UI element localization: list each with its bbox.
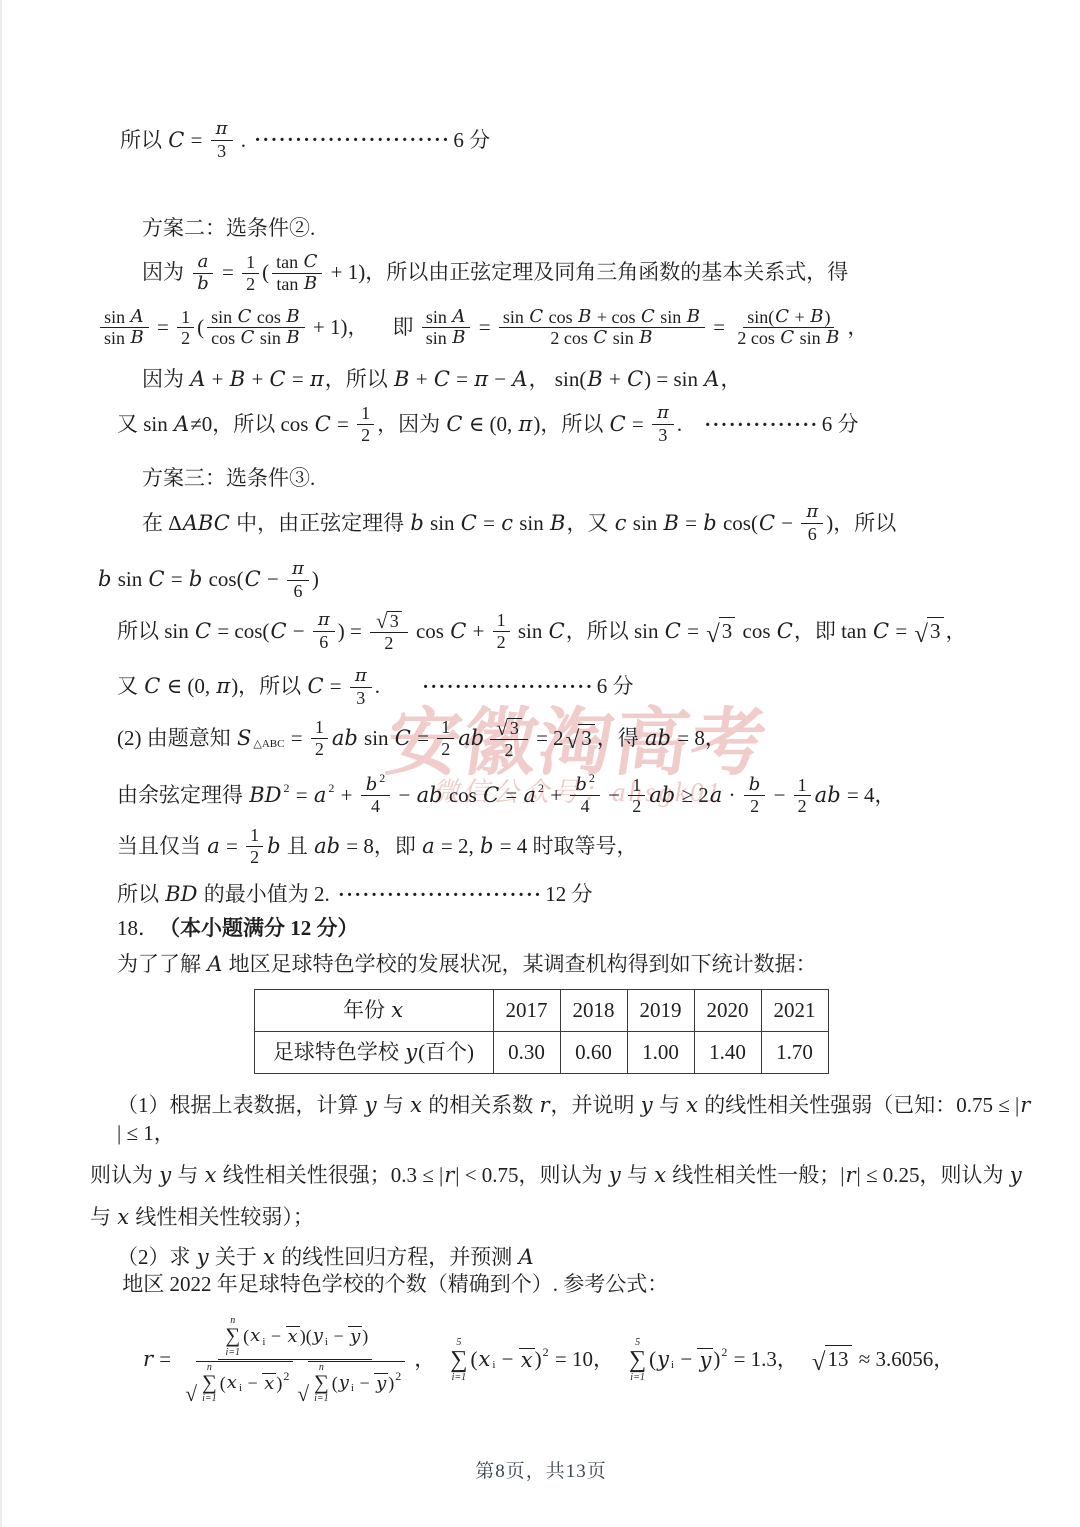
text: ( xyxy=(262,259,269,287)
math-variable: x xyxy=(520,1350,534,1371)
math-variable: C xyxy=(774,308,790,327)
math-variable: b xyxy=(748,776,762,795)
text: = 8，即 xyxy=(341,833,421,861)
math-variable: C xyxy=(237,308,253,327)
math-variable: C xyxy=(143,673,161,701)
math-variable: b xyxy=(702,510,717,538)
radicand: 3 xyxy=(387,611,402,631)
fraction-numerator: π xyxy=(652,403,674,425)
text: (2) 由题意知 xyxy=(117,725,236,753)
text: 的线性回归方程，并预测 xyxy=(276,1244,518,1272)
math-variable: C xyxy=(244,566,262,594)
text: = xyxy=(682,618,704,646)
overline-bar: x xyxy=(262,1373,276,1393)
math-variable: ABC xyxy=(182,510,231,538)
table-cell-content: 2021 xyxy=(772,997,818,1025)
text: 2 xyxy=(441,740,450,759)
text: = xyxy=(291,782,313,810)
text: sin xyxy=(112,566,147,594)
text: sin xyxy=(608,329,638,348)
text: ) xyxy=(713,1346,720,1374)
math-variable: x xyxy=(409,1092,423,1120)
spacer xyxy=(614,1359,626,1360)
fraction-denominator: cos C sin B xyxy=(207,328,305,349)
math-variable: C xyxy=(872,618,890,646)
text: 1.70 xyxy=(776,1039,813,1067)
text: （2）求 xyxy=(117,1244,196,1272)
math-variable: C xyxy=(548,618,566,646)
fraction-denominator: 6 xyxy=(289,581,306,602)
math-variable: C xyxy=(394,725,412,753)
text: ， xyxy=(946,618,967,646)
math-variable: A xyxy=(517,1244,534,1272)
math-variable: a xyxy=(709,782,724,810)
line-plan2-derivation: sin Asin B = 12(sin C cos Bcos C sin B +… xyxy=(97,306,1034,351)
table-cell-content: 0.30 xyxy=(504,1039,550,1067)
text: 0.60 xyxy=(575,1039,612,1067)
table-cell: 0.60 xyxy=(560,1032,627,1074)
text: + xyxy=(790,308,809,327)
superscript: 2 xyxy=(327,781,335,797)
text: = xyxy=(325,673,347,701)
text: = xyxy=(451,366,473,394)
fraction-denominator: 2 xyxy=(357,425,374,446)
text: 2 xyxy=(361,426,370,445)
text: sin xyxy=(656,308,686,327)
math-variable: A xyxy=(451,308,466,327)
text: 线性相关性一般；| xyxy=(667,1162,844,1190)
text: − xyxy=(776,510,798,538)
text: − xyxy=(393,782,415,810)
fraction-denominator: 3 xyxy=(213,141,230,162)
text: )( xyxy=(300,1327,312,1346)
text: 当且仅当 xyxy=(117,833,206,861)
fraction: b24 xyxy=(361,775,391,818)
math-variable: A xyxy=(189,366,206,394)
fraction-numerator: π xyxy=(313,610,335,632)
math-variable: π xyxy=(805,503,819,522)
text: 1 xyxy=(181,308,190,327)
spacer xyxy=(687,424,701,425)
superscript: 2 xyxy=(588,772,596,785)
line-q18-intro: 为了了解 A 地区足球特色学校的发展状况，某调查机构得到如下统计数据： xyxy=(117,951,1034,979)
math-variable: ab xyxy=(331,725,359,753)
math-variable: C xyxy=(626,366,644,394)
math-variable: x xyxy=(116,1204,130,1232)
math-variable: y xyxy=(349,1328,361,1346)
text: ，所以 xyxy=(325,366,393,394)
fraction-numerator: √3 xyxy=(370,610,408,633)
fraction-denominator: 2 cos C sin B xyxy=(733,328,844,349)
text: · xyxy=(723,782,741,810)
fraction-numerator: 1 xyxy=(794,775,811,797)
spacer xyxy=(385,687,419,688)
fraction-denominator: 2 xyxy=(493,632,510,653)
math-variable: b xyxy=(97,566,112,594)
text: 的最小值为 2. xyxy=(199,881,336,909)
table-cell: 年份 x xyxy=(254,990,493,1032)
spacer xyxy=(368,327,392,328)
math-variable: B xyxy=(638,329,653,348)
solution-section-q17: 所以 C = π3 . ························6 分方… xyxy=(2,0,1080,979)
line-part2-equality: 当且仅当 a = 12b 且 ab = 8，即 a = 2, b = 4 时取等… xyxy=(117,824,1034,869)
text: 13 xyxy=(828,1346,849,1374)
text: = 4， xyxy=(842,782,896,810)
math-variable: C xyxy=(303,253,319,272)
math-variable: C xyxy=(240,329,256,348)
text: 4 xyxy=(371,797,380,816)
text: 在 Δ xyxy=(142,510,182,538)
text: . xyxy=(236,127,252,155)
fraction: π6 xyxy=(287,559,309,602)
subscript: i xyxy=(261,1337,266,1349)
math-variable: x xyxy=(653,1162,667,1190)
text: = xyxy=(890,618,912,646)
fraction-numerator: 1 xyxy=(246,825,263,847)
table-cell: 1.00 xyxy=(627,1032,694,1074)
sigma-sum: n∑i=1 xyxy=(202,1362,217,1405)
text: 1.00 xyxy=(642,1039,679,1067)
text: − xyxy=(355,1374,374,1393)
text: = 4 时取等号， xyxy=(494,833,637,861)
dotted-leader: ····················· xyxy=(422,674,594,700)
text: ) xyxy=(312,566,319,594)
text: ， xyxy=(720,366,741,394)
text: 6 xyxy=(293,582,302,601)
math-variable: B xyxy=(285,308,300,327)
dotted-leader: ·············· xyxy=(704,412,818,438)
text: ≥ 2 xyxy=(676,782,709,810)
text: sin xyxy=(104,329,130,348)
math-variable: ab xyxy=(457,725,485,753)
math-variable: π xyxy=(518,411,534,439)
math-variable: a xyxy=(421,833,436,861)
fraction-denominator: 2 cos C sin B xyxy=(546,328,657,349)
text: ，并说明 xyxy=(551,1092,640,1120)
table-cell: 0.30 xyxy=(493,1032,560,1074)
text: ，因为 xyxy=(377,411,445,439)
table-cell: 2021 xyxy=(761,990,828,1032)
text: cos xyxy=(444,782,483,810)
fraction-numerator: sin(C + B) xyxy=(743,307,834,329)
text: + xyxy=(545,782,567,810)
square-root: √3 xyxy=(496,718,522,738)
fraction: sin C cos B + cos C sin B2 cos C sin B xyxy=(499,307,705,350)
table-cell-content: 2017 xyxy=(504,997,550,1025)
text: sin( xyxy=(747,308,774,327)
radical-icon: √ xyxy=(812,1351,826,1375)
text: | ≤ 0.25，则认为 xyxy=(857,1162,1009,1190)
text: 2 xyxy=(798,797,807,816)
math-variable: x xyxy=(685,1092,699,1120)
text: ( xyxy=(649,1346,656,1374)
text: ( xyxy=(197,314,204,342)
math-variable: y xyxy=(196,1244,210,1272)
table-cell: 1.70 xyxy=(761,1032,828,1074)
overline-bar: x xyxy=(286,1326,300,1346)
math-variable: B xyxy=(662,510,679,538)
line-plan2-title: 方案二：选条件②. xyxy=(142,215,1034,243)
fraction-numerator: b2 xyxy=(570,775,600,797)
text: sin xyxy=(426,329,452,348)
fraction-denominator: 6 xyxy=(315,632,332,653)
text: 2 xyxy=(384,634,393,653)
line-q18-part1b: 则认为 y 与 x 线性相关性很强；0.3 ≤ |r| < 0.75，则认为 y… xyxy=(90,1162,1034,1190)
text: = 8， xyxy=(672,725,726,753)
math-variable: b xyxy=(266,833,281,861)
square-root: √3 xyxy=(706,617,735,646)
math-variable: c xyxy=(614,510,628,538)
text: 所以 xyxy=(120,127,167,155)
text: − xyxy=(266,1327,285,1346)
text: = 2, xyxy=(436,833,479,861)
sigma-sum: 5∑i=1 xyxy=(450,1337,467,1383)
fraction-numerator: sin A xyxy=(422,307,471,329)
statistics-table: 年份 x20172018201920202021足球特色学校 y(百个)0.30… xyxy=(254,989,829,1074)
fraction-denominator: 2 xyxy=(628,796,645,817)
fraction: sin Asin B xyxy=(100,307,149,350)
text: sin xyxy=(104,308,130,327)
text: 3 xyxy=(722,618,733,646)
math-variable: A xyxy=(703,366,720,394)
sigma-icon: ∑ xyxy=(202,1373,217,1394)
line-plan2-conclusion: 又 sin A≠0，所以 cos C = 12，因为 C ∈ (0, π)，所以… xyxy=(117,402,1034,447)
fraction-denominator: 2 xyxy=(437,739,454,760)
table-cell: 1.40 xyxy=(694,1032,761,1074)
text: sin xyxy=(359,725,394,753)
sigma-icon: ∑ xyxy=(314,1373,329,1394)
fraction-numerator: n∑i=1(xi − x)(yi − y) xyxy=(218,1314,372,1360)
line-plan3-given: 在 ΔABC 中，由正弦定理得 b sin C = c sin B，又 c si… xyxy=(142,501,1034,546)
page-footer: 第8页，共13页 xyxy=(2,1456,1080,1483)
math-variable: B xyxy=(130,329,145,348)
text: . xyxy=(677,411,688,439)
fraction-numerator: 1 xyxy=(357,403,374,425)
text: sin xyxy=(211,308,237,327)
math-variable: a xyxy=(206,833,221,861)
math-variable: B xyxy=(586,366,603,394)
fraction-denominator: 4 xyxy=(577,796,594,817)
subscript: i xyxy=(491,1358,496,1373)
fraction-numerator: 1 xyxy=(628,775,645,797)
line-q18-reference-formula: r = n∑i=1(xi − x)(yi − y)√n∑i=1(xi − x)2… xyxy=(142,1313,1034,1406)
square-root: √n∑i=1(yi − y)2 xyxy=(297,1361,405,1405)
text: 2 xyxy=(632,797,641,816)
fraction: 12 xyxy=(246,825,263,868)
math-variable: C xyxy=(433,366,451,394)
math-variable: π xyxy=(291,560,305,579)
fraction-denominator: 2 xyxy=(177,328,194,349)
text: − xyxy=(329,1327,348,1346)
text: cos xyxy=(411,618,450,646)
math-variable: x xyxy=(249,1327,261,1346)
fraction: 12 xyxy=(242,252,259,295)
math-variable: a xyxy=(197,253,210,272)
text: 的相关系数 xyxy=(423,1092,539,1120)
fraction: sin(C + B)2 cos C sin B xyxy=(733,307,844,350)
fraction-numerator: b2 xyxy=(361,775,391,797)
radicand: n∑i=1(yi − y)2 xyxy=(308,1361,405,1405)
math-variable: y xyxy=(1009,1162,1023,1190)
fraction-numerator: sin A xyxy=(100,307,149,329)
math-variable: B xyxy=(686,308,701,327)
dotted-leader: ························· xyxy=(338,882,542,908)
fraction: π3 xyxy=(211,119,233,162)
text: 所以 sin xyxy=(117,618,194,646)
fraction-numerator: 1 xyxy=(242,252,259,274)
spacer xyxy=(485,738,487,739)
text: 又 sin xyxy=(117,411,173,439)
fraction: 12 xyxy=(357,403,374,446)
math-variable: C xyxy=(269,366,287,394)
fraction-denominator: sin B xyxy=(422,328,471,349)
math-variable: B xyxy=(825,329,840,348)
spacer xyxy=(798,1359,810,1360)
text: + xyxy=(604,366,626,394)
line-plan2-angles: 因为 A + B + C = π，所以 B + C = π − A， sin(B… xyxy=(142,366,1034,394)
math-variable: y xyxy=(338,1374,350,1393)
radicand: 3 xyxy=(719,617,736,646)
text: 1 xyxy=(441,718,450,737)
text: 因为 xyxy=(142,366,189,394)
radicand: 3 xyxy=(507,718,522,738)
sum-lower-limit: i=1 xyxy=(452,1372,467,1383)
fraction: π6 xyxy=(801,502,823,545)
text: )，所以 xyxy=(826,510,896,538)
math-variable: r xyxy=(1019,1092,1031,1120)
fraction: tan Ctan B xyxy=(272,252,322,295)
line-part2-cosine: 由余弦定理得 BD2 = a2 + b24 − ab cos C = a2 + … xyxy=(117,774,1034,819)
math-variable: B xyxy=(549,510,566,538)
table-cell: 2018 xyxy=(560,990,627,1032)
math-variable: y xyxy=(375,1375,387,1393)
math-variable: y xyxy=(312,1327,324,1346)
math-variable: ab xyxy=(313,833,341,861)
text: = xyxy=(154,1346,176,1374)
fraction: 12 xyxy=(493,610,510,653)
sigma-icon: ∑ xyxy=(450,1348,467,1372)
math-variable: r xyxy=(443,1162,455,1190)
math-variable: b xyxy=(365,776,379,795)
superscript: 2 xyxy=(283,781,291,797)
text: 3 xyxy=(930,618,941,646)
text: 6 分 xyxy=(453,127,490,155)
fraction-denominator: √n∑i=1(xi − x)2√n∑i=1(yi − y)2 xyxy=(179,1360,411,1406)
text: cos( xyxy=(203,566,243,594)
math-variable: x xyxy=(226,1374,238,1393)
text: = xyxy=(185,127,207,155)
fraction-numerator: 1 xyxy=(311,717,328,739)
math-variable: ab xyxy=(648,782,676,810)
text: 2 xyxy=(246,275,255,294)
fraction: √32 xyxy=(490,717,528,761)
text: 方案三：选条件③. xyxy=(142,465,315,493)
overline-bar: y xyxy=(348,1326,362,1346)
table-cell: 足球特色学校 y(百个) xyxy=(254,1032,493,1074)
math-variable: ab xyxy=(814,782,842,810)
math-variable: y xyxy=(698,1350,712,1371)
line-q18-part2: （2）求 y 关于 x 的线性回归方程，并预测 A 地区 2022 年足球特色学… xyxy=(117,1244,1034,1299)
text: (百个) xyxy=(418,1039,474,1067)
math-variable: x xyxy=(478,1346,492,1374)
text: 关于 xyxy=(210,1244,263,1272)
sum-lower-limit: i=1 xyxy=(630,1372,645,1383)
text: + xyxy=(467,618,489,646)
math-variable: C xyxy=(269,618,287,646)
text: cos xyxy=(211,329,240,348)
text: 3 xyxy=(217,142,226,161)
text: 与 xyxy=(378,1092,410,1120)
fraction-denominator: 2 xyxy=(746,796,763,817)
text: sin xyxy=(513,618,548,646)
line-q18-title: 18．（本小题满分 12 分） xyxy=(117,915,1034,943)
text: 方案二：选条件②. xyxy=(142,215,315,243)
text: 年份 xyxy=(343,997,390,1025)
square-root: √3 xyxy=(914,617,943,646)
math-variable: r xyxy=(845,1162,857,1190)
fraction: √32 xyxy=(370,610,408,654)
math-variable: C xyxy=(460,510,478,538)
fraction: sin Asin B xyxy=(422,307,471,350)
text: + xyxy=(410,366,432,394)
text: ，即 tan xyxy=(794,618,872,646)
line-part2-area: (2) 由题意知 S△ABC = 12ab sin C = 12ab√32 = … xyxy=(117,716,1034,762)
question-section-q18: （1）根据上表数据，计算 y 与 x 的相关系数 r，并说明 y 与 x 的线性… xyxy=(2,1092,1080,1406)
text: + cos xyxy=(592,308,640,327)
math-variable: π xyxy=(317,611,331,630)
bold-text: （本小题满分 12 分） xyxy=(159,915,359,943)
superscript: 2 xyxy=(378,772,386,785)
fraction-numerator: π xyxy=(350,666,372,688)
fraction-denominator: 2 xyxy=(242,274,259,295)
text: 1 xyxy=(361,404,370,423)
text: 2 xyxy=(505,741,514,760)
table-cell-content: 2020 xyxy=(705,997,751,1025)
line-plan3-title: 方案三：选条件③. xyxy=(142,465,1034,493)
text: 2 xyxy=(497,633,506,652)
text: ∈ (0, xyxy=(463,411,517,439)
math-variable: x xyxy=(390,997,404,1025)
text: sin xyxy=(255,329,285,348)
superscript: 2 xyxy=(282,1370,290,1383)
table-cell-content: 足球特色学校 y(百个) xyxy=(265,1039,483,1067)
text: ) = xyxy=(338,618,367,646)
fraction-numerator: 1 xyxy=(177,307,194,329)
text: （1）根据上表数据，计算 xyxy=(117,1092,364,1120)
radical-icon: √ xyxy=(706,623,720,647)
text: = xyxy=(478,510,500,538)
text: sin xyxy=(795,329,825,348)
math-variable: C xyxy=(194,618,212,646)
math-variable: B xyxy=(393,366,410,394)
text: 2017 xyxy=(506,997,548,1025)
text: 则认为 xyxy=(90,1162,158,1190)
math-variable: B xyxy=(577,308,592,327)
text: + 1)，所以由正弦定理及同角三角函数的基本关系式，得 xyxy=(325,259,848,287)
text: )，所以 xyxy=(533,411,608,439)
table-cell: 2019 xyxy=(627,990,694,1032)
radicand: 13 xyxy=(825,1345,852,1374)
text: ≈ 3.6056， xyxy=(854,1346,955,1374)
text: ) xyxy=(362,1327,368,1346)
subscript: i xyxy=(324,1337,329,1349)
math-variable: C xyxy=(445,411,463,439)
text: + xyxy=(335,782,357,810)
math-variable: π xyxy=(215,673,231,701)
text: 2 xyxy=(181,329,190,348)
text: 3 xyxy=(510,719,519,738)
text: tan xyxy=(276,275,303,294)
